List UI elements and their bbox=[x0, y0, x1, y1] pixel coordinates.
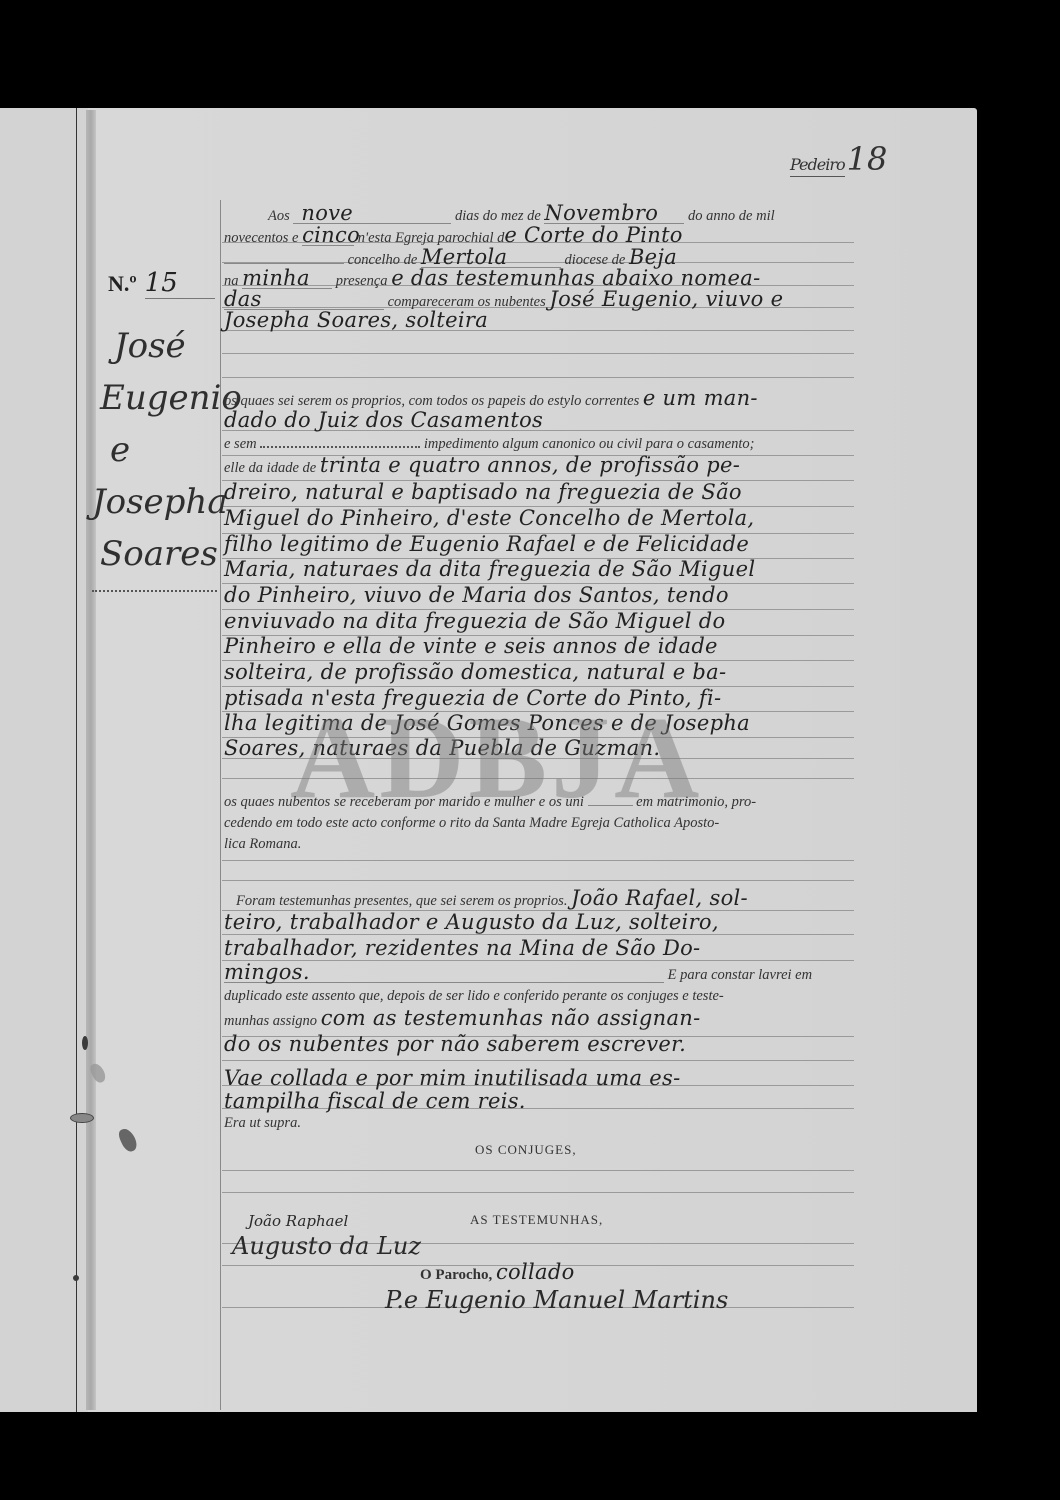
printed-text: n'esta Egreja parochial d bbox=[358, 230, 505, 246]
handwritten-text: e um man- bbox=[643, 386, 758, 410]
binding-stitch bbox=[82, 1036, 88, 1050]
printed-text: duplicado este assento que, depois de se… bbox=[224, 988, 724, 1004]
margin-name: Eugenio bbox=[92, 372, 217, 424]
text-line: os quaes nubentos se receberam por marid… bbox=[224, 792, 854, 812]
printed-text: munhas assigno bbox=[224, 1013, 317, 1029]
printed-text: elle da idade de bbox=[224, 460, 316, 476]
text-line: novecentos e cinco n'esta Egreja parochi… bbox=[224, 225, 854, 248]
binding-thread bbox=[76, 108, 77, 1412]
ruled-line bbox=[222, 1192, 854, 1193]
handwritten-text: dado do Juiz dos Casamentos bbox=[224, 408, 543, 432]
text-line: e sem impedimento algum canonico ou civi… bbox=[224, 434, 854, 454]
text-line: Josepha Soares, solteira bbox=[224, 310, 854, 333]
text-line: duplicado este assento que, depois de se… bbox=[224, 986, 854, 1006]
printed-text: presença bbox=[336, 273, 388, 289]
witness-signature-1: João Raphael bbox=[248, 1212, 348, 1230]
handwritten-text: das bbox=[224, 289, 384, 310]
entry-number-label: N.º bbox=[108, 271, 137, 296]
parocho-signature: P.e Eugenio Manuel Martins bbox=[385, 1286, 728, 1314]
text-line: tampilha fiscal de cem reis. bbox=[224, 1091, 854, 1114]
text-line: do Pinheiro, viuvo de Maria dos Santos, … bbox=[224, 585, 854, 608]
handwritten-year: cinco bbox=[302, 225, 354, 246]
handwritten-text: minha bbox=[242, 268, 332, 289]
printed-text: novecentos e bbox=[224, 230, 298, 246]
text-line: Pinheiro e ella de vinte e seis annos de… bbox=[224, 636, 854, 659]
binding-stitch bbox=[70, 1113, 94, 1123]
text-line: Soares, naturaes da Puebla de Guzman. bbox=[224, 738, 854, 761]
printed-text: dias do mez de bbox=[455, 208, 541, 224]
printed-text: os quaes nubentos se receberam por marid… bbox=[224, 794, 584, 810]
handwritten-month: Novembro bbox=[544, 203, 684, 224]
handwritten-text: com as testemunhas não assignan- bbox=[321, 1006, 701, 1030]
handwritten-text: trabalhador, rezidentes na Mina de São D… bbox=[224, 936, 700, 960]
text-line: ptisada n'esta freguezia de Corte do Pin… bbox=[224, 688, 854, 711]
printed-text: cedendo em todo este acto conforme o rit… bbox=[224, 815, 719, 831]
printed-text: do anno de mil bbox=[688, 208, 775, 224]
text-line: dado do Juiz dos Casamentos bbox=[224, 410, 854, 433]
text-line: lica Romana. bbox=[224, 834, 854, 854]
folio-number: Pedeiro18 bbox=[790, 140, 887, 178]
handwritten-text: mingos. bbox=[224, 962, 664, 983]
printed-text: Era ut supra. bbox=[224, 1115, 301, 1131]
margin-name: e bbox=[92, 424, 217, 476]
folio-page-number: 18 bbox=[847, 140, 888, 178]
text-line: teiro, trabalhador e Augusto da Luz, sol… bbox=[224, 912, 854, 935]
text-line: filho legitimo de Eugenio Rafael e de Fe… bbox=[224, 534, 854, 557]
handwritten-bride: Josepha Soares, solteira bbox=[224, 308, 488, 332]
binding-stitch bbox=[73, 1275, 79, 1281]
handwritten-text: Maria, naturaes da dita freguezia de São… bbox=[224, 557, 755, 581]
printed-text: lica Romana. bbox=[224, 836, 301, 852]
printed-text: em matrimonio, pro- bbox=[636, 794, 756, 810]
witness-signature-2: Augusto da Luz bbox=[232, 1232, 421, 1260]
parocho-note: collado bbox=[496, 1260, 575, 1284]
margin-flourish bbox=[92, 584, 217, 592]
ruled-line bbox=[222, 860, 854, 861]
ruled-line bbox=[222, 377, 854, 378]
handwritten-text: filho legitimo de Eugenio Rafael e de Fe… bbox=[224, 532, 749, 556]
testemunhas-heading: AS TESTEMUNHAS, bbox=[470, 1210, 603, 1230]
printed-text: impedimento algum canonico ou civil para… bbox=[424, 436, 755, 452]
entry-number-value: 15 bbox=[145, 268, 215, 299]
text-line: Maria, naturaes da dita freguezia de São… bbox=[224, 559, 854, 582]
handwritten-text: dreiro, natural e baptisado na freguezia… bbox=[224, 480, 742, 504]
margin-name: José bbox=[92, 320, 217, 372]
printed-text: Aos bbox=[268, 208, 290, 224]
text-line: solteira, de profissão domestica, natura… bbox=[224, 662, 854, 685]
text-line: munhas assigno com as testemunhas não as… bbox=[224, 1008, 854, 1031]
printed-text: E para constar lavrei em bbox=[668, 967, 812, 983]
text-line: dreiro, natural e baptisado na freguezia… bbox=[224, 482, 854, 505]
handwritten-text: do Pinheiro, viuvo de Maria dos Santos, … bbox=[224, 583, 729, 607]
text-line: enviuvado na dita freguezia de São Migue… bbox=[224, 611, 854, 634]
ruled-line bbox=[222, 353, 854, 354]
text-line: elle da idade de trinta e quatro annos, … bbox=[224, 455, 854, 478]
text-line: mingos. E para constar lavrei em bbox=[224, 962, 854, 985]
left-page-edge bbox=[0, 108, 88, 1412]
handwritten-text: teiro, trabalhador e Augusto da Luz, sol… bbox=[224, 910, 719, 934]
ruled-line bbox=[222, 778, 854, 779]
text-line: Era ut supra. bbox=[224, 1113, 854, 1133]
handwritten-text: solteira, de profissão domestica, natura… bbox=[224, 660, 726, 684]
handwritten-text: Miguel do Pinheiro, d'este Concelho de M… bbox=[224, 506, 754, 530]
text-line: cedendo em todo este acto conforme o rit… bbox=[224, 813, 854, 833]
entry-number: N.º15 bbox=[108, 268, 215, 299]
text-line: do os nubentes por não saberem escrever. bbox=[224, 1034, 854, 1057]
handwritten-text: ptisada n'esta freguezia de Corte do Pin… bbox=[224, 686, 721, 710]
handwritten-text: lha legitima de José Gomes Ponces e de J… bbox=[224, 711, 750, 735]
ruled-line bbox=[222, 880, 854, 881]
handwritten-witness: João Rafael, sol- bbox=[571, 886, 748, 910]
ruled-line bbox=[222, 1170, 854, 1171]
printed-text: Foram testemunhas presentes, que sei ser… bbox=[236, 893, 567, 909]
text-line: trabalhador, rezidentes na Mina de São D… bbox=[224, 938, 854, 961]
printed-text: e sem bbox=[224, 436, 257, 452]
conjuges-heading: OS CONJUGES, bbox=[475, 1140, 577, 1160]
handwritten-parish: e Corte do Pinto bbox=[504, 223, 682, 247]
handwritten-groom: José Eugenio, viuvo e bbox=[549, 287, 783, 311]
ruled-line bbox=[222, 1060, 854, 1061]
printed-text: os quaes sei serem os proprios, com todo… bbox=[224, 393, 639, 409]
text-line: Vae collada e por mim inutilisada uma es… bbox=[224, 1068, 854, 1091]
handwritten-text: Soares, naturaes da Puebla de Guzman. bbox=[224, 736, 660, 760]
handwritten-municipality: Mertola bbox=[421, 247, 561, 268]
handwritten-text: trinta e quatro annos, de profissão pe- bbox=[320, 453, 740, 477]
parocho-line: O Parocho, collado bbox=[420, 1262, 575, 1285]
handwritten-note: tampilha fiscal de cem reis. bbox=[224, 1089, 526, 1113]
parocho-label: O Parocho, bbox=[420, 1267, 492, 1283]
book-binding-gutter bbox=[86, 110, 96, 1410]
handwritten-note: Vae collada e por mim inutilisada uma es… bbox=[224, 1066, 681, 1090]
margin-name: Soares bbox=[92, 528, 217, 580]
margin-name: Josepha bbox=[92, 476, 217, 528]
handwritten-text: do os nubentes por não saberem escrever. bbox=[224, 1032, 686, 1056]
handwritten-day: nove bbox=[293, 203, 451, 224]
handwritten-text: Pinheiro e ella de vinte e seis annos de… bbox=[224, 634, 718, 658]
text-line: Miguel do Pinheiro, d'este Concelho de M… bbox=[224, 508, 854, 531]
margin-spouse-names: José Eugenio e Josepha Soares bbox=[92, 320, 217, 580]
handwritten-text: enviuvado na dita freguezia de São Migue… bbox=[224, 609, 725, 633]
text-line: lha legitima de José Gomes Ponces e de J… bbox=[224, 713, 854, 736]
text-line: Foram testemunhas presentes, que sei ser… bbox=[224, 888, 854, 911]
folio-signature: Pedeiro bbox=[790, 155, 845, 177]
